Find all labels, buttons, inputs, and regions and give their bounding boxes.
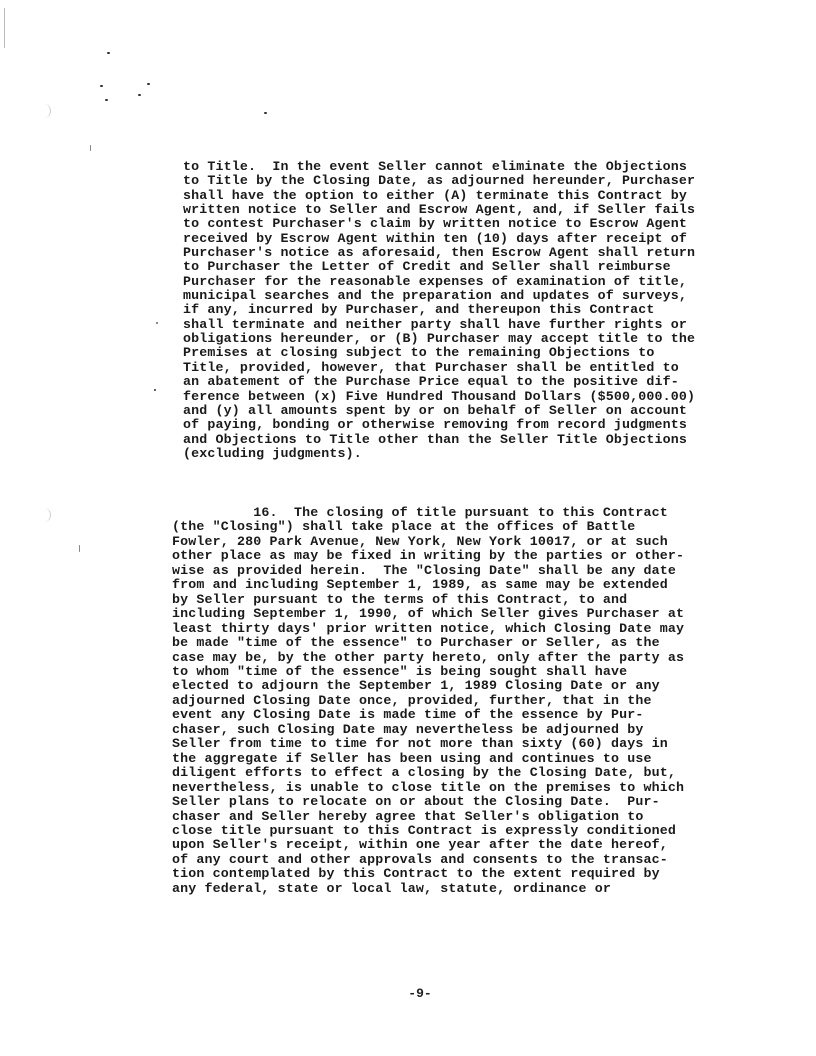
- text-line: Fowler, 280 Park Avenue, New York, New Y…: [172, 535, 802, 549]
- text-line: elected to adjourn the September 1, 1989…: [172, 679, 802, 693]
- text-line: Seller plans to relocate on or about the…: [172, 795, 802, 809]
- text-line: Purchaser for the reasonable expenses of…: [183, 275, 803, 289]
- text-line: wise as provided herein. The "Closing Da…: [172, 564, 802, 578]
- text-line: shall have the option to either (A) term…: [183, 189, 803, 203]
- text-line: to contest Purchaser's claim by written …: [183, 217, 803, 231]
- text-line: Purchaser's notice as aforesaid, then Es…: [183, 246, 803, 260]
- text-line: adjourned Closing Date once, provided, f…: [172, 694, 802, 708]
- text-line: including September 1, 1990, of which Se…: [172, 607, 802, 621]
- text-line: Premises at closing subject to the remai…: [183, 346, 803, 360]
- text-line: any federal, state or local law, statute…: [172, 882, 802, 896]
- text-line: and (y) all amounts spent by or on behal…: [183, 404, 803, 418]
- text-line: and Objections to Title other than the S…: [183, 433, 803, 447]
- text-line: to Title by the Closing Date, as adjourn…: [183, 174, 803, 188]
- scan-edge-mark: [4, 8, 5, 48]
- document-page: to Title. In the event Seller cannot eli…: [0, 0, 816, 1056]
- text-line: to Purchaser the Letter of Credit and Se…: [183, 260, 803, 274]
- text-line: the aggregate if Seller has been using a…: [172, 752, 802, 766]
- text-line: event any Closing Date is made time of t…: [172, 708, 802, 722]
- text-line: tion contemplated by this Contract to th…: [172, 867, 802, 881]
- text-line: other place as may be fixed in writing b…: [172, 549, 802, 563]
- text-line: (excluding judgments).: [183, 447, 803, 461]
- text-line: be made "time of the essence" to Purchas…: [172, 636, 802, 650]
- text-line: least thirty days' prior written notice,…: [172, 622, 802, 636]
- text-line: Seller from time to time for not more th…: [172, 737, 802, 751]
- text-line: chaser, such Closing Date may neverthele…: [172, 723, 802, 737]
- scan-speck: [147, 83, 150, 85]
- text-line: to Title. In the event Seller cannot eli…: [183, 160, 803, 174]
- scan-speck: [79, 545, 80, 552]
- text-line: municipal searches and the preparation a…: [183, 289, 803, 303]
- paragraph-section-16: 16. The closing of title pursuant to thi…: [172, 506, 802, 896]
- text-line: diligent efforts to effect a closing by …: [172, 766, 802, 780]
- text-line: ference between (x) Five Hundred Thousan…: [183, 390, 803, 404]
- scan-speck: [264, 112, 267, 114]
- text-line: close title pursuant to this Contract is…: [172, 824, 802, 838]
- scan-artifact: [44, 508, 51, 522]
- text-line: (the "Closing") shall take place at the …: [172, 520, 802, 534]
- text-line: an abatement of the Purchase Price equal…: [183, 375, 803, 389]
- scan-artifact: [44, 104, 51, 118]
- text-line: shall terminate and neither party shall …: [183, 318, 803, 332]
- text-line: of paying, bonding or otherwise removing…: [183, 418, 803, 432]
- scan-speck: [100, 85, 103, 87]
- text-line: 16. The closing of title pursuant to thi…: [172, 506, 802, 520]
- paragraph-continuation: to Title. In the event Seller cannot eli…: [183, 160, 803, 461]
- text-line: of any court and other approvals and con…: [172, 853, 802, 867]
- scan-speck: [156, 322, 158, 324]
- text-line: from and including September 1, 1989, as…: [172, 578, 802, 592]
- scan-speck: [90, 145, 91, 151]
- page-number: -9-: [0, 986, 816, 1001]
- text-line: chaser and Seller hereby agree that Sell…: [172, 810, 802, 824]
- text-line: to whom "time of the essence" is being s…: [172, 665, 802, 679]
- text-line: by Seller pursuant to the terms of this …: [172, 593, 802, 607]
- text-line: if any, incurred by Purchaser, and there…: [183, 303, 803, 317]
- scan-speck: [138, 94, 141, 96]
- scan-speck: [105, 99, 108, 101]
- text-line: nevertheless, is unable to close title o…: [172, 781, 802, 795]
- text-line: Title, provided, however, that Purchaser…: [183, 361, 803, 375]
- scan-speck: [107, 52, 110, 54]
- text-line: case may be, by the other party hereto, …: [172, 651, 802, 665]
- scan-speck: [154, 389, 156, 391]
- text-line: upon Seller's receipt, within one year a…: [172, 838, 802, 852]
- text-line: obligations hereunder, or (B) Purchaser …: [183, 332, 803, 346]
- text-line: received by Escrow Agent within ten (10)…: [183, 232, 803, 246]
- text-line: written notice to Seller and Escrow Agen…: [183, 203, 803, 217]
